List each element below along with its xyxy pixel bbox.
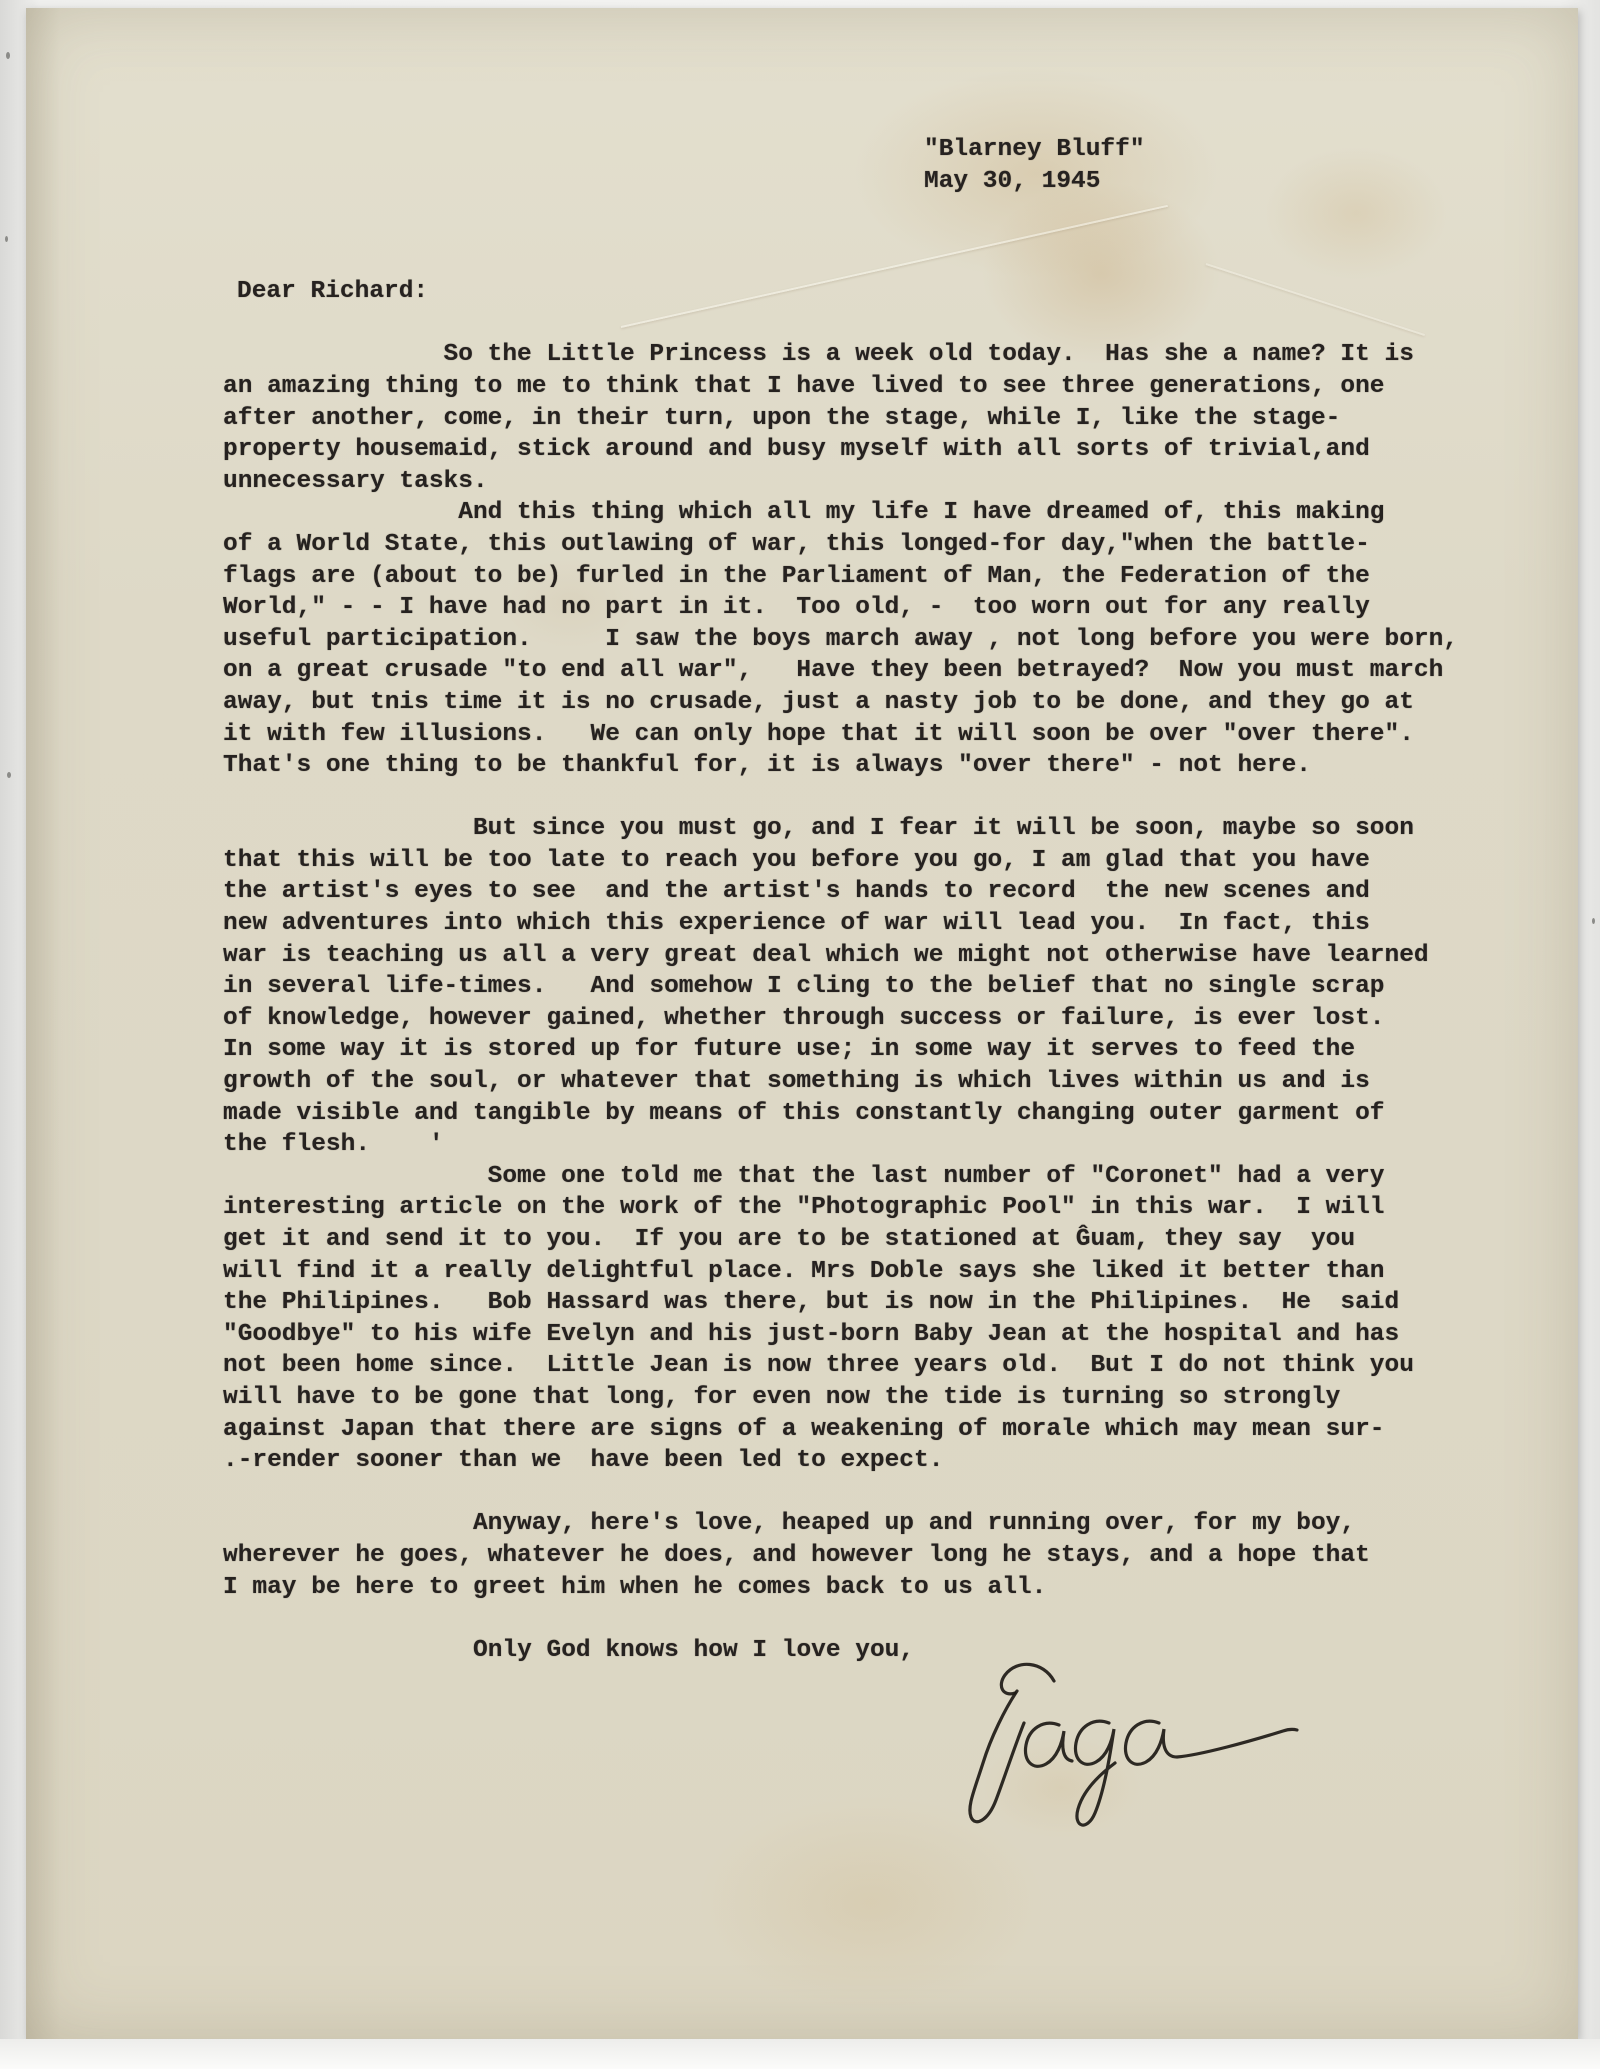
scanner-background-strip (0, 2039, 1600, 2069)
scanned-letter-page: { "letter": { "heading": { "location": "… (0, 0, 1600, 2069)
paragraph-3: But since you must go, and I fear it wil… (223, 813, 1578, 1161)
scan-speck (5, 236, 8, 242)
letter-paper: "Blarney Bluff" May 30, 1945 Dear Richar… (26, 8, 1578, 2039)
salutation: Dear Richard: (237, 276, 1578, 308)
paragraph-2: And this thing which all my life I have … (223, 497, 1578, 781)
letter-content: "Blarney Bluff" May 30, 1945 Dear Richar… (26, 8, 1578, 2039)
paragraph-1: So the Little Princess is a week old tod… (223, 339, 1578, 497)
letter-location: "Blarney Bluff" (924, 134, 1578, 166)
signature-gaga (931, 1653, 1311, 1838)
letter-date: May 30, 1945 (924, 166, 1578, 198)
paragraph-4: Some one told me that the last number of… (223, 1161, 1578, 1477)
letter-heading: "Blarney Bluff" May 30, 1945 (924, 134, 1578, 197)
scan-speck (1592, 918, 1595, 924)
scan-speck (7, 772, 11, 778)
paragraph-5: Anyway, here's love, heaped up and runni… (223, 1508, 1578, 1603)
scan-speck (6, 52, 10, 59)
